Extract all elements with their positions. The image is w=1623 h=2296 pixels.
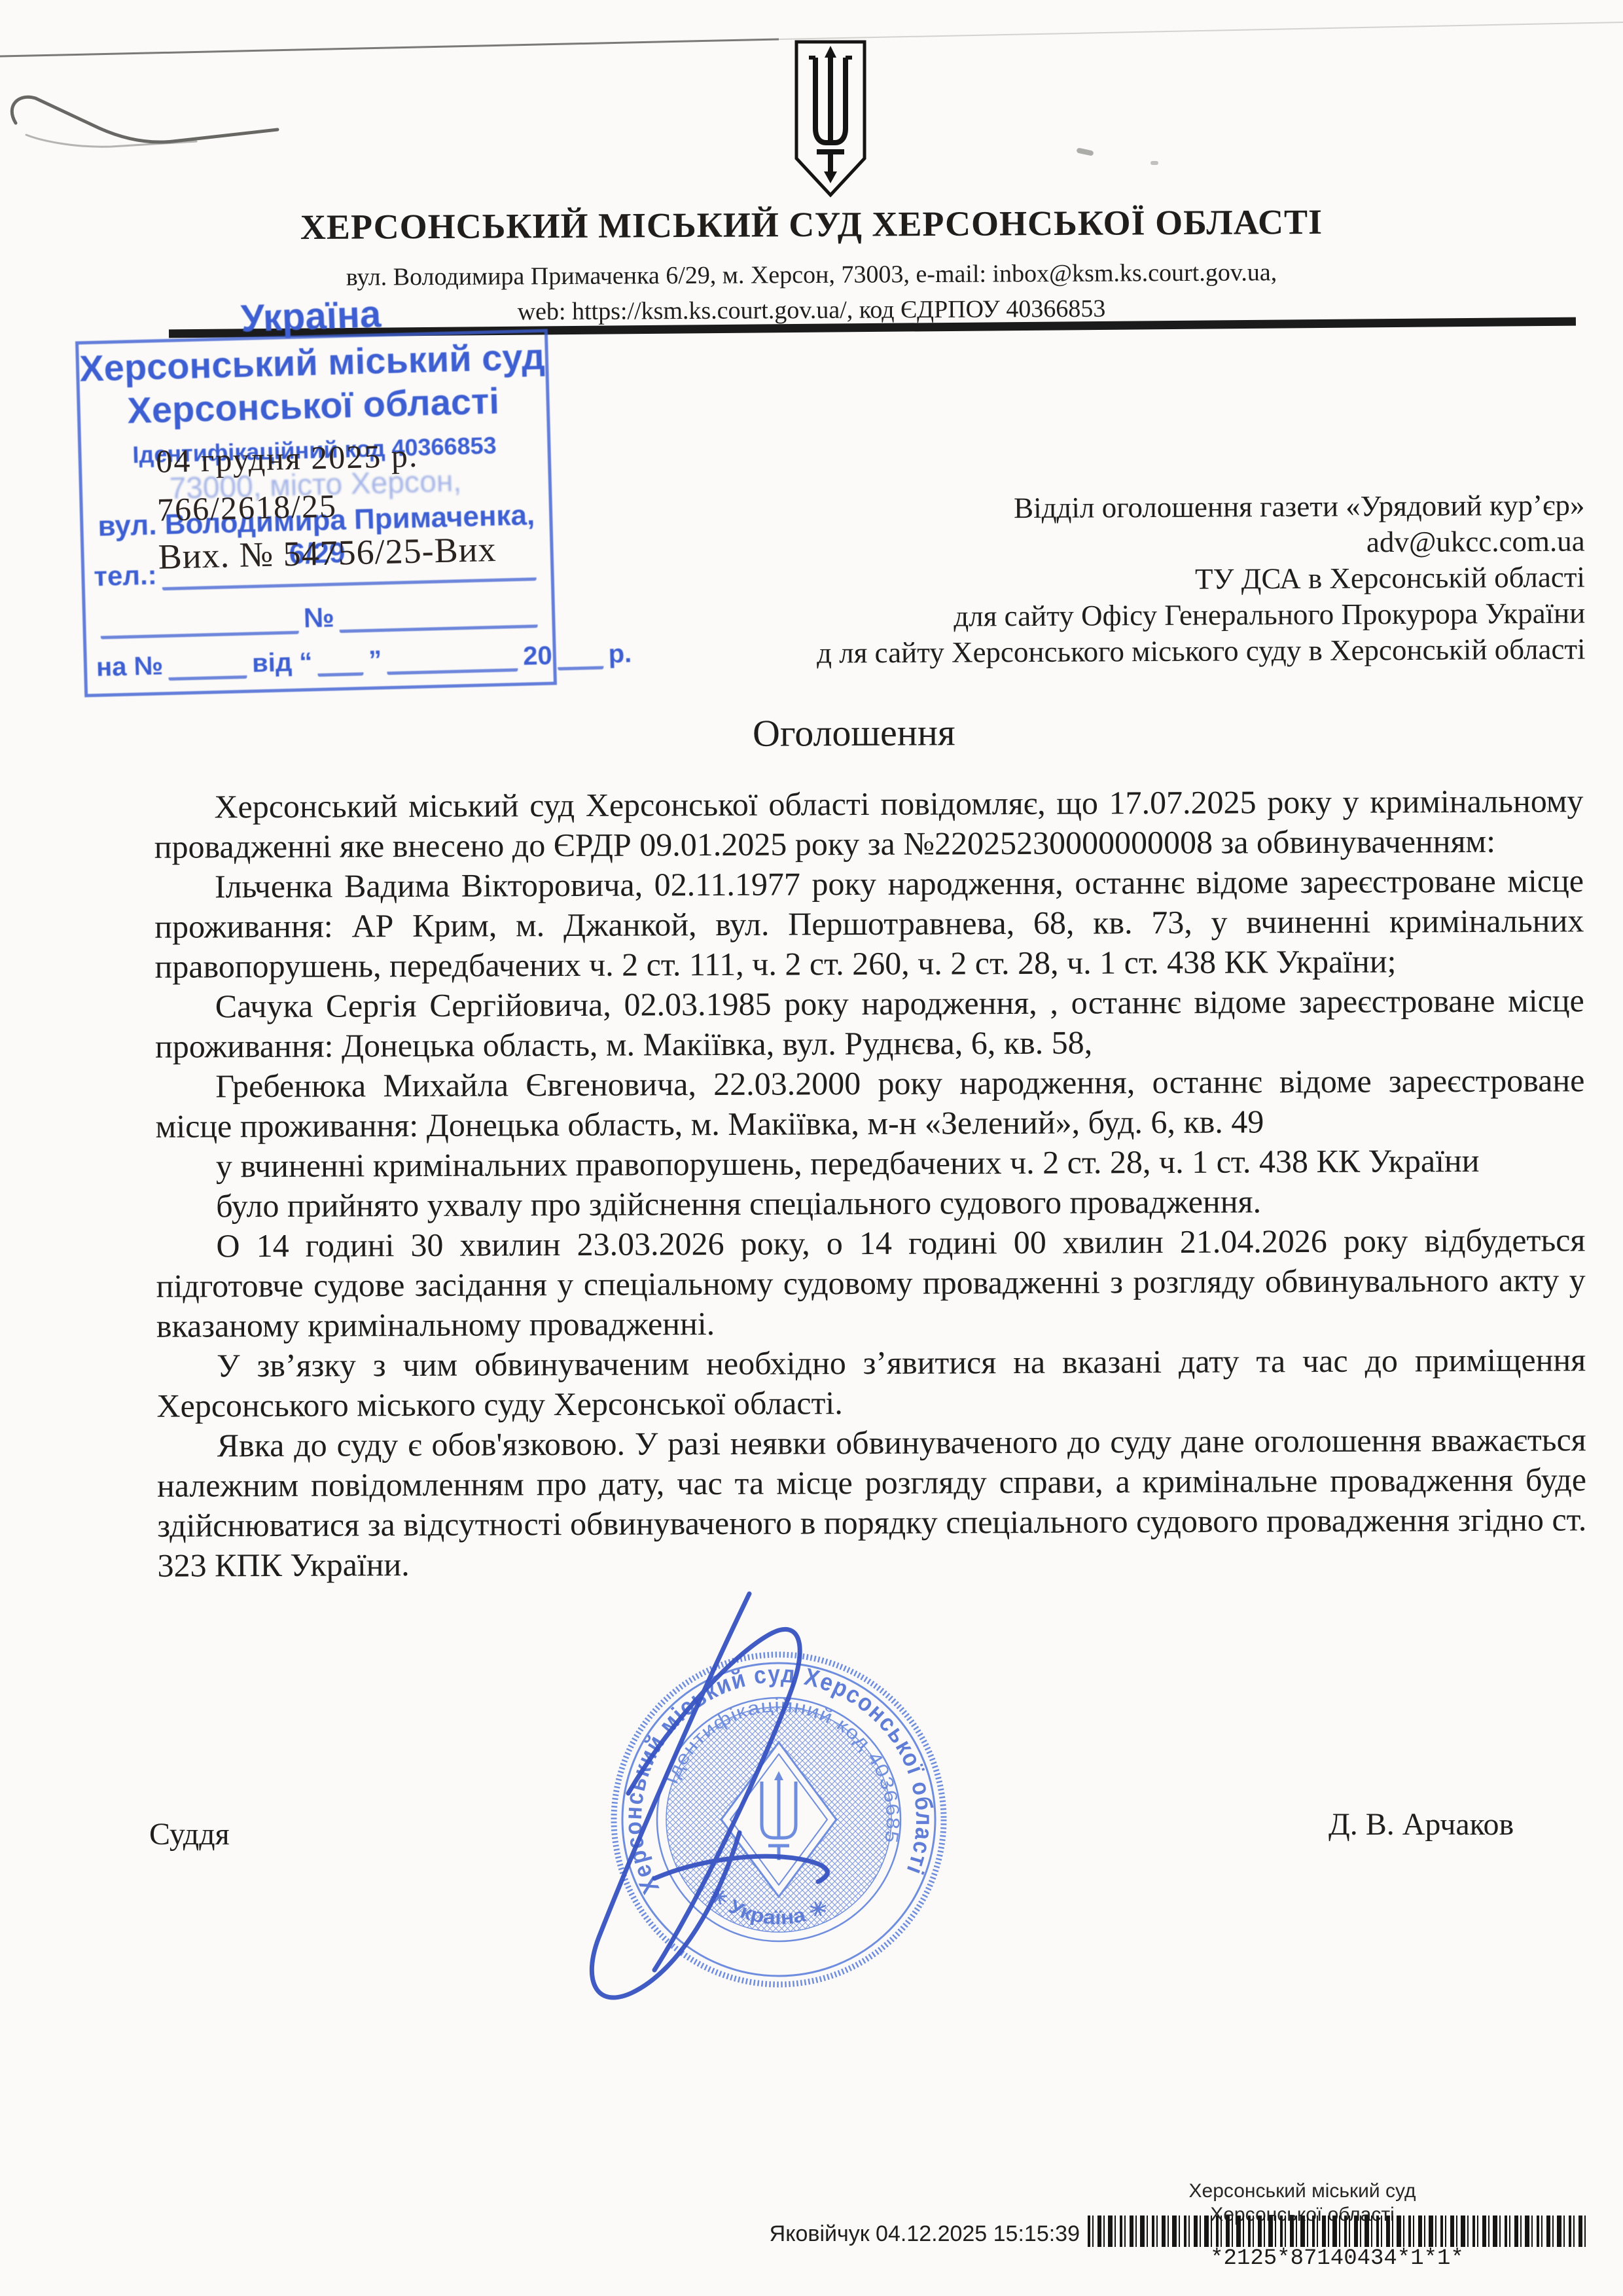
body-paragraph: Херсонський міський суд Херсонської обла…: [154, 781, 1584, 867]
stamp-blank-line: [100, 602, 299, 639]
body-paragraph: Гребенюка Михайла Євгеновича, 22.03.2000…: [155, 1060, 1585, 1147]
announcement-title: Оголошення: [753, 710, 955, 755]
recipient-line: Відділ оголошення газети «Урядовий кур’є…: [719, 488, 1584, 528]
recipients-block: Відділ оголошення газети «Урядовий кур’є…: [719, 488, 1585, 672]
seal-graphics: Херсонський міський суд Херсонської обла…: [614, 1655, 944, 1984]
stamp-tel-label: тел.:: [94, 559, 157, 592]
announcement-body: Херсонський міський суд Херсонської обла…: [154, 781, 1586, 1586]
court-round-seal: Херсонський міський суд Херсонської обла…: [563, 1571, 995, 2016]
stamp-number-row: №: [95, 596, 543, 639]
outgoing-overlay-block: 04 грудня 2025 р. 766/2618/25 Вих. № 547…: [156, 432, 603, 577]
court-name-title: ХЕРСОНСЬКИЙ МІСЬКИЙ СУД ХЕРСОНСЬКОЇ ОБЛА…: [0, 200, 1623, 249]
recipient-line: adv@ukcc.com.ua: [720, 524, 1585, 564]
court-address-line: вул. Володимира Примаченка 6/29, м. Херс…: [0, 257, 1623, 294]
body-paragraph: Явка до суду є обов'язковою. У разі неяв…: [157, 1420, 1587, 1586]
scan-speck: [1150, 161, 1158, 165]
stamp-blank-line: [339, 596, 538, 633]
body-paragraph: Сачука Сергія Сергійовича, 02.03.1985 ро…: [155, 980, 1585, 1067]
recipient-line: ТУ ДСА в Херсонській області: [720, 560, 1585, 600]
barcode-text: *2125*87140434*1*1*: [1088, 2246, 1586, 2271]
scan-edge-line: [0, 39, 779, 56]
body-paragraph: О 14 годині 30 хвилин 23.03.2026 року, о…: [156, 1220, 1586, 1346]
judge-name: Д. В. Арчаков: [1329, 1806, 1514, 1842]
stamp-incoming-row: на № від “ ” 20 р.: [96, 639, 544, 683]
ukraine-trident-emblem-icon: [791, 37, 870, 200]
recipient-line: для сайту Офісу Генерального Прокурора У…: [720, 596, 1585, 636]
paperclip-shadow: [12, 97, 277, 142]
body-paragraph: у вчиненні кримінальних правопорушень, п…: [156, 1140, 1585, 1187]
scanned-court-document: ХЕРСОНСЬКИЙ МІСЬКИЙ СУД ХЕРСОНСЬКОЇ ОБЛА…: [0, 0, 1623, 2296]
judge-label: Суддя: [149, 1816, 230, 1852]
body-paragraph: було прийнято ухвалу про здійснення спец…: [156, 1180, 1585, 1227]
footer-signed-by: Яковійчук 04.12.2025 15:15:39: [753, 2221, 1080, 2247]
document-barcode: [1088, 2215, 1586, 2247]
stamp-number-label: №: [303, 601, 334, 634]
case-number: 766/2618/25: [156, 480, 602, 528]
body-paragraph: Ільченка Вадима Вікторовича, 02.11.1977 …: [154, 861, 1584, 987]
recipient-line: д ля сайту Херсонського міського суду в …: [720, 632, 1585, 672]
body-paragraph: У зв’язку з чим обвинуваченим необхідно …: [156, 1340, 1586, 1426]
